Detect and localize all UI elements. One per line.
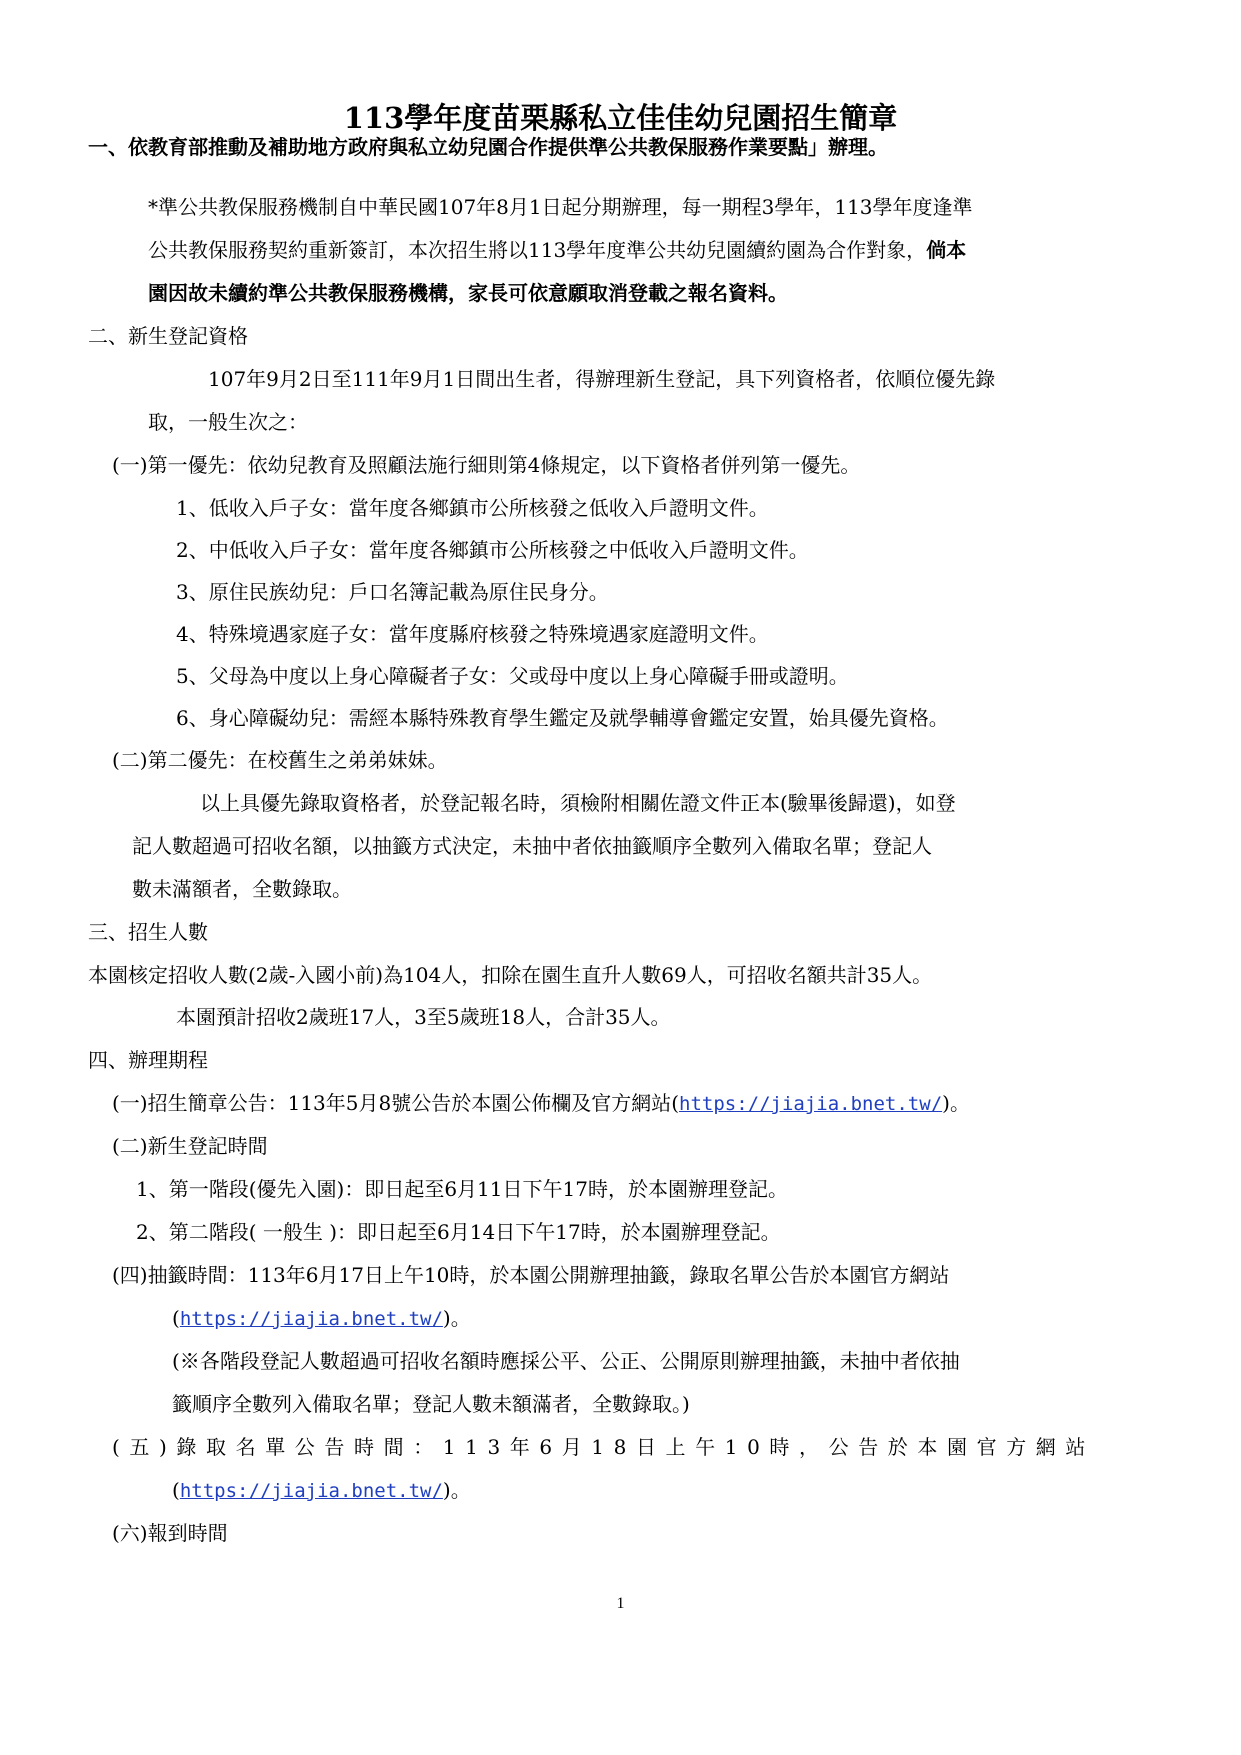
report-time-heading: (六)報到時間 (112, 1519, 228, 1547)
result-announcement-line: (五)錄取名單公告時間：113年6月18日上午10時，公告於本園官方網站 (112, 1433, 1095, 1461)
priority-item: 5、父母為中度以上身心障礙者子女：父或母中度以上身心障礙手冊或證明。 (176, 662, 849, 690)
priority-1-heading: (一)第一優先：依幼兒教育及照顧法施行細則第4條規定，以下資格者併列第一優先。 (112, 451, 860, 479)
priority-item: 2、中低收入戶子女：當年度各鄉鎮市公所核發之中低收入戶證明文件。 (176, 536, 809, 564)
section-1-note-line-2: 公共教保服務契約重新簽訂，本次招生將以113學年度準公共幼兒園續約園為合作對象，… (148, 236, 966, 264)
priority-2-heading: (二)第二優先：在校舊生之弟弟妹妹。 (112, 746, 448, 774)
document-title: 113學年度苗栗縣私立佳佳幼兒園招生簡章 (0, 100, 1241, 136)
section-1-note-line-3: 園因故未續約準公共教保服務機構，家長可依意願取消登載之報名資料。 (148, 279, 788, 307)
enrollment-breakdown-line: 本園預計招收2歲班17人，3至5歲班18人，合計35人。 (176, 1003, 671, 1031)
section-1-heading: 一、依教育部推動及補助地方政府與私立幼兒園合作提供準公共教保服務作業要點」辦理。 (88, 133, 888, 161)
enrollment-total-line: 本園核定招收人數(2歲-入國小前)為104人，扣除在園生直升人數69人，可招收名… (88, 961, 932, 989)
rule-line-3: 數未滿額者，全數錄取。 (132, 875, 352, 903)
paren-close: )。 (443, 1306, 471, 1330)
announcement-text: (一)招生簡章公告：113年5月8號公告於本園公佈欄及官方網站( (112, 1091, 679, 1115)
stage-2-line: 2、第二階段( 一般生 )：即日起至6月14日下午17時，於本園辦理登記。 (136, 1218, 781, 1246)
section-2-intro-line-1: 107年9月2日至111年9月1日間出生者，得辦理新生登記，具下列資格者，依順位… (208, 365, 995, 393)
section-1-note-line-1: *準公共教保服務機制自中華民國107年8月1日起分期辦理，每一期程3學年，113… (148, 193, 973, 221)
paren-open: ( (172, 1306, 180, 1330)
section-1-note-line-2-plain: 公共教保服務契約重新簽訂，本次招生將以113學年度準公共幼兒園續約園為合作對象， (148, 238, 926, 262)
lottery-time-line: (四)抽籤時間：113年6月17日上午10時，於本園公開辦理抽籤，錄取名單公告於… (112, 1261, 949, 1289)
priority-item: 3、原住民族幼兒：戶口名簿記載為原住民身分。 (176, 578, 609, 606)
result-link-line: (https://jiajia.bnet.tw/)。 (172, 1476, 471, 1505)
page-number: 1 (0, 1595, 1241, 1613)
section-3-heading: 三、招生人數 (88, 918, 208, 946)
registration-time-heading: (二)新生登記時間 (112, 1132, 268, 1160)
lottery-note-line-1: (※各階段登記人數超過可招收名額時應採公平、公正、公開原則辦理抽籤，未抽中者依抽 (172, 1347, 960, 1375)
announcement-suffix: )。 (942, 1091, 970, 1115)
rule-line-1: 以上具優先錄取資格者，於登記報名時，須檢附相關佐證文件正本(驗畢後歸還)，如登 (200, 789, 956, 817)
section-4-heading: 四、辦理期程 (88, 1046, 208, 1074)
stage-1-line: 1、第一階段(優先入園)：即日起至6月11日下午17時，於本園辦理登記。 (136, 1175, 788, 1203)
section-1-note-line-2-bold: 倘本 (926, 238, 966, 262)
rule-line-2: 記人數超過可招收名額，以抽籤方式決定，未抽中者依抽籤順序全數列入備取名單；登記人 (132, 832, 932, 860)
paren-close: )。 (443, 1478, 471, 1502)
lottery-note-line-2: 籤順序全數列入備取名單；登記人數未額滿者，全數錄取。) (172, 1390, 690, 1418)
priority-item: 4、特殊境遇家庭子女：當年度縣府核發之特殊境遇家庭證明文件。 (176, 620, 769, 648)
lottery-link-line: (https://jiajia.bnet.tw/)。 (172, 1304, 471, 1333)
priority-item: 1、低收入戶子女：當年度各鄉鎮市公所核發之低收入戶證明文件。 (176, 494, 769, 522)
section-2-intro-line-2: 取，一般生次之： (148, 408, 308, 436)
section-2-heading: 二、新生登記資格 (88, 322, 248, 350)
website-link[interactable]: https://jiajia.bnet.tw/ (679, 1093, 942, 1115)
paren-open: ( (172, 1478, 180, 1502)
website-link[interactable]: https://jiajia.bnet.tw/ (180, 1308, 443, 1330)
priority-item: 6、身心障礙幼兒：需經本縣特殊教育學生鑑定及就學輔導會鑑定安置，始具優先資格。 (176, 704, 949, 732)
announcement-line: (一)招生簡章公告：113年5月8號公告於本園公佈欄及官方網站(https://… (112, 1089, 970, 1118)
website-link[interactable]: https://jiajia.bnet.tw/ (180, 1480, 443, 1502)
